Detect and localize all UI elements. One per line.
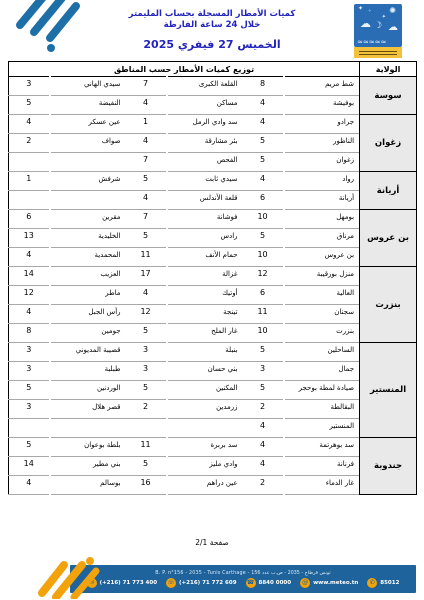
rainfall-value-cell: 11 bbox=[243, 305, 284, 324]
region-name-cell: قصر هلال bbox=[50, 400, 126, 419]
rainfall-value-cell: 5 bbox=[9, 381, 50, 400]
region-name-cell: بنبلة bbox=[167, 343, 243, 362]
rainfall-value-cell: 4 bbox=[126, 96, 167, 115]
region-name-cell: شط مريم bbox=[284, 77, 360, 96]
table-row: أريانة6قلعة الأندلس4 bbox=[9, 191, 417, 210]
governorate-group: سوسةشط مريم8القلعة الكبرى7سيدي الهاني3بو… bbox=[9, 77, 417, 115]
footer-contacts: ✉(+216) 71 773 400☏(+216) 71 772 609☎884… bbox=[70, 578, 416, 588]
region-name-cell: المحمدية bbox=[50, 248, 126, 267]
region-name-cell: سيدي الهاني bbox=[50, 77, 126, 96]
region-name-cell: القلعة الكبرى bbox=[167, 77, 243, 96]
region-name-cell: زرمدين bbox=[167, 400, 243, 419]
distribution-column-header: توزيع كميات الأمطار حسب المناطق bbox=[9, 62, 360, 77]
contact-label[interactable]: www.meteo.tn bbox=[313, 580, 358, 586]
rainfall-value-cell: 5 bbox=[9, 438, 50, 457]
rainfall-value-cell: 3 bbox=[126, 362, 167, 381]
rainfall-value-cell: 3 bbox=[126, 343, 167, 362]
rainfall-value-cell: 4 bbox=[243, 457, 284, 476]
rainfall-value-cell: 1 bbox=[9, 172, 50, 191]
contact-item: @www.meteo.tn bbox=[300, 578, 358, 588]
table-row: المنستير4 bbox=[9, 419, 417, 438]
region-name-cell: بني مطير bbox=[50, 457, 126, 476]
rainfall-value-cell: 4 bbox=[243, 438, 284, 457]
region-name-cell: غزالة bbox=[167, 267, 243, 286]
footer-bar: B. P. n°156 - 2035 - Tunis Carthage - تو… bbox=[70, 565, 416, 593]
table-row: جمال3بني حسان3طبلبة3 bbox=[9, 362, 417, 381]
rainfall-value-cell: 13 bbox=[9, 229, 50, 248]
contact-item: ☏(+216) 71 772 609 bbox=[166, 578, 236, 588]
table-row: غار الدماء2عين دراهم16بوسالم4 bbox=[9, 476, 417, 495]
table-row: فرنانة4وادي مليز5بني مطير14 bbox=[9, 457, 417, 476]
rainfall-value-cell: 5 bbox=[243, 343, 284, 362]
region-name-cell: المكنين bbox=[167, 381, 243, 400]
rainfall-value-cell: 16 bbox=[126, 476, 167, 495]
table-row: المنستيرالساحلين5بنبلة3قصيبة المديوني3 bbox=[9, 343, 417, 362]
region-name-cell: زغوان bbox=[284, 153, 360, 172]
region-name-cell: سجنان bbox=[284, 305, 360, 324]
region-name-cell: أوتيك bbox=[167, 286, 243, 305]
region-name-cell: مرناق bbox=[284, 229, 360, 248]
globe-icon: @ bbox=[300, 578, 310, 588]
rainfall-value-cell: 1 bbox=[126, 115, 167, 134]
rainfall-value-cell: 10 bbox=[243, 324, 284, 343]
governorate-cell: سوسة bbox=[360, 77, 417, 115]
region-name-cell: ماطر bbox=[50, 286, 126, 305]
region-name-cell: جرادو bbox=[284, 115, 360, 134]
table-row: بن عروس10حمام الأنف11المحمدية4 bbox=[9, 248, 417, 267]
governorate-cell: بن عروس bbox=[360, 210, 417, 267]
region-name-cell: حمام الأنف bbox=[167, 248, 243, 267]
region-name-cell: عين دراهم bbox=[167, 476, 243, 495]
rainfall-value-cell: 5 bbox=[126, 324, 167, 343]
rainfall-value-cell: 12 bbox=[243, 267, 284, 286]
region-name-cell: بوفيشة bbox=[284, 96, 360, 115]
rainfall-value-cell: 4 bbox=[126, 134, 167, 153]
region-name-cell bbox=[50, 191, 126, 210]
rainfall-value-cell: 8 bbox=[243, 77, 284, 96]
table-row: بن عروسبومهل10فوشانة7مقرين6 bbox=[9, 210, 417, 229]
governorate-group: أريانةرواد4سيدي ثابت5شرفش1أريانة6قلعة ال… bbox=[9, 172, 417, 210]
inm-meteorology-logo: ✦ ✧ ✺ ✦ ☁ ☽ ☁ ≈≈≈≈≈ bbox=[354, 4, 402, 58]
region-name-cell: رواد bbox=[284, 172, 360, 191]
rainfall-value-cell: 7 bbox=[126, 77, 167, 96]
rainfall-value-cell: 4 bbox=[243, 172, 284, 191]
rainfall-value-cell: 4 bbox=[126, 191, 167, 210]
rainfall-value-cell: 4 bbox=[9, 115, 50, 134]
region-name-cell: قلعة الأندلس bbox=[167, 191, 243, 210]
rainfall-value-cell bbox=[126, 419, 167, 438]
table-row: بنزرت10غار الملح5جومين8 bbox=[9, 324, 417, 343]
region-name-cell: منزل بورقيبة bbox=[284, 267, 360, 286]
rainfall-value-cell: 2 bbox=[9, 134, 50, 153]
region-name-cell: بني حسان bbox=[167, 362, 243, 381]
region-name-cell: مساكن bbox=[167, 96, 243, 115]
rainfall-value-cell: 17 bbox=[126, 267, 167, 286]
region-name-cell: عين عسكر bbox=[50, 115, 126, 134]
rainfall-value-cell: 3 bbox=[9, 77, 50, 96]
contact-label: 85012 bbox=[380, 580, 399, 586]
region-name-cell: فوشانة bbox=[167, 210, 243, 229]
region-name-cell: الخليدية bbox=[50, 229, 126, 248]
region-name-cell: مقرين bbox=[50, 210, 126, 229]
rainfall-value-cell: 3 bbox=[9, 362, 50, 381]
contact-item: ✆85012 bbox=[367, 578, 399, 588]
region-name-cell: بئر مشارقة bbox=[167, 134, 243, 153]
rainfall-value-cell: 4 bbox=[9, 248, 50, 267]
rainfall-value-cell: 7 bbox=[126, 153, 167, 172]
rainfall-value-cell: 3 bbox=[9, 343, 50, 362]
rainfall-value-cell: 5 bbox=[243, 134, 284, 153]
table-row: العالية6أوتيك4ماطر12 bbox=[9, 286, 417, 305]
region-name-cell: غار الملح bbox=[167, 324, 243, 343]
rainfall-value-cell: 2 bbox=[243, 400, 284, 419]
rainfall-value-cell: 5 bbox=[9, 96, 50, 115]
region-name-cell: فرنانة bbox=[284, 457, 360, 476]
region-name-cell: البقالطة bbox=[284, 400, 360, 419]
region-name-cell: بلطة بوعوان bbox=[50, 438, 126, 457]
rainfall-value-cell: 6 bbox=[243, 286, 284, 305]
region-name-cell: الناظور bbox=[284, 134, 360, 153]
rainfall-value-cell: 12 bbox=[9, 286, 50, 305]
region-name-cell: تينجة bbox=[167, 305, 243, 324]
region-name-cell: جمال bbox=[284, 362, 360, 381]
governorate-cell: زغوان bbox=[360, 115, 417, 172]
rainfall-value-cell: 5 bbox=[243, 381, 284, 400]
region-name-cell: العالية bbox=[284, 286, 360, 305]
page-number: صفحة 2/1 bbox=[0, 538, 424, 547]
governorate-column-header: الولاية bbox=[360, 62, 417, 77]
rainfall-table: الولايةتوزيع كميات الأمطار حسب المناطقسو… bbox=[8, 61, 417, 495]
rainfall-value-cell bbox=[9, 153, 50, 172]
rainfall-value-cell: 6 bbox=[9, 210, 50, 229]
region-name-cell: الوردنين bbox=[50, 381, 126, 400]
table-row: سوسةشط مريم8القلعة الكبرى7سيدي الهاني3 bbox=[9, 77, 417, 96]
governorate-group: زغوانجرادو4سد وادي الرمل1عين عسكر4الناظو… bbox=[9, 115, 417, 172]
table-row: بوفيشة4مساكن4النفيضة5 bbox=[9, 96, 417, 115]
region-name-cell: طبلبة bbox=[50, 362, 126, 381]
table-row: صيادة لمطة بوحجر5المكنين5الوردنين5 bbox=[9, 381, 417, 400]
region-name-cell: سيدي ثابت bbox=[167, 172, 243, 191]
region-name-cell bbox=[167, 419, 243, 438]
footer-address: B. P. n°156 - 2035 - Tunis Carthage - تو… bbox=[70, 571, 416, 576]
region-name-cell: بن عروس bbox=[284, 248, 360, 267]
rainfall-value-cell: 10 bbox=[243, 210, 284, 229]
rainfall-value-cell: 5 bbox=[243, 153, 284, 172]
governorate-cell: أريانة bbox=[360, 172, 417, 210]
governorate-group: جندوبةسد بوهرتمة4سد بربرة11بلطة بوعوان5ف… bbox=[9, 438, 417, 495]
region-name-cell: بوسالم bbox=[50, 476, 126, 495]
region-name-cell: بومهل bbox=[284, 210, 360, 229]
region-name-cell: بنزرت bbox=[284, 324, 360, 343]
region-name-cell: سد بوهرتمة bbox=[284, 438, 360, 457]
rainfall-value-cell: 5 bbox=[243, 229, 284, 248]
region-name-cell: صيادة لمطة بوحجر bbox=[284, 381, 360, 400]
rainfall-value-cell: 6 bbox=[243, 191, 284, 210]
table-row: جندوبةسد بوهرتمة4سد بربرة11بلطة بوعوان5 bbox=[9, 438, 417, 457]
table-row: مرناق5رادس5الخليدية13 bbox=[9, 229, 417, 248]
fax-icon: ☏ bbox=[166, 578, 176, 588]
region-name-cell bbox=[50, 419, 126, 438]
region-name-cell: صواف bbox=[50, 134, 126, 153]
rainfall-value-cell: 5 bbox=[126, 229, 167, 248]
rainfall-value-cell: 2 bbox=[126, 400, 167, 419]
table-row: سجنان11تينجة12رأس الجبل4 bbox=[9, 305, 417, 324]
contact-label: 8840 0000 bbox=[259, 580, 292, 586]
region-name-cell: النفيضة bbox=[50, 96, 126, 115]
inm-logo-text-band bbox=[354, 47, 402, 58]
region-name-cell: رأس الجبل bbox=[50, 305, 126, 324]
region-name-cell: أريانة bbox=[284, 191, 360, 210]
region-name-cell: غار الدماء bbox=[284, 476, 360, 495]
table-row: زغوانجرادو4سد وادي الرمل1عين عسكر4 bbox=[9, 115, 417, 134]
table-row: أريانةرواد4سيدي ثابت5شرفش1 bbox=[9, 172, 417, 191]
rainfall-value-cell: 5 bbox=[126, 457, 167, 476]
region-name-cell: قصيبة المديوني bbox=[50, 343, 126, 362]
rainfall-value-cell: 14 bbox=[9, 457, 50, 476]
governorate-group: المنستيرالساحلين5بنبلة3قصيبة المديوني3جم… bbox=[9, 343, 417, 438]
contact-item: ☎8840 0000 bbox=[246, 578, 292, 588]
rainfall-report-page: كميات الأمطار المسجلة بحساب المليمتر خلا… bbox=[0, 0, 424, 600]
rainfall-value-cell: 4 bbox=[243, 419, 284, 438]
rainfall-value-cell: 4 bbox=[243, 115, 284, 134]
region-name-cell: وادي مليز bbox=[167, 457, 243, 476]
rainfall-value-cell: 11 bbox=[126, 438, 167, 457]
table-row: الناظور5بئر مشارقة4صواف2 bbox=[9, 134, 417, 153]
governorate-cell: بنزرت bbox=[360, 267, 417, 343]
region-name-cell: الساحلين bbox=[284, 343, 360, 362]
region-name-cell: شرفش bbox=[50, 172, 126, 191]
governorate-cell: المنستير bbox=[360, 343, 417, 438]
rainfall-value-cell: 3 bbox=[243, 362, 284, 381]
rainfall-value-cell: 10 bbox=[243, 248, 284, 267]
rainfall-value-cell: 14 bbox=[9, 267, 50, 286]
region-name-cell: جومين bbox=[50, 324, 126, 343]
rainfall-value-cell: 7 bbox=[126, 210, 167, 229]
rainfall-value-cell bbox=[9, 419, 50, 438]
rainfall-value-cell: 8 bbox=[9, 324, 50, 343]
rainfall-value-cell bbox=[9, 191, 50, 210]
governorate-group: بن عروسبومهل10فوشانة7مقرين6مرناق5رادس5ال… bbox=[9, 210, 417, 267]
rainfall-value-cell: 12 bbox=[126, 305, 167, 324]
table-row: زغوان5الفحص7 bbox=[9, 153, 417, 172]
rainfall-value-cell: 4 bbox=[243, 96, 284, 115]
rainfall-value-cell: 4 bbox=[9, 305, 50, 324]
rainfall-value-cell: 2 bbox=[243, 476, 284, 495]
region-name-cell bbox=[50, 153, 126, 172]
rainfall-value-cell: 4 bbox=[126, 286, 167, 305]
rainfall-value-cell: 5 bbox=[126, 381, 167, 400]
region-name-cell: العزيب bbox=[50, 267, 126, 286]
region-name-cell: المنستير bbox=[284, 419, 360, 438]
rainfall-value-cell: 5 bbox=[126, 172, 167, 191]
table-row: البقالطة2زرمدين2قصر هلال3 bbox=[9, 400, 417, 419]
region-name-cell: الفحص bbox=[167, 153, 243, 172]
governorate-group: بنزرتمنزل بورقيبة12غزالة17العزيب14العالي… bbox=[9, 267, 417, 343]
sms-icon: ✆ bbox=[367, 578, 377, 588]
region-name-cell: سد وادي الرمل bbox=[167, 115, 243, 134]
region-name-cell: سد بربرة bbox=[167, 438, 243, 457]
table-row: بنزرتمنزل بورقيبة12غزالة17العزيب14 bbox=[9, 267, 417, 286]
phone-icon: ☎ bbox=[246, 578, 256, 588]
region-name-cell: رادس bbox=[167, 229, 243, 248]
rainfall-value-cell: 3 bbox=[9, 400, 50, 419]
orange-stripes-logo bbox=[34, 553, 112, 599]
inm-logo-art: ✦ ✧ ✺ ✦ ☁ ☽ ☁ ≈≈≈≈≈ bbox=[354, 4, 402, 47]
contact-label: (+216) 71 772 609 bbox=[179, 580, 236, 586]
rainfall-value-cell: 4 bbox=[9, 476, 50, 495]
rainfall-value-cell: 11 bbox=[126, 248, 167, 267]
governorate-cell: جندوبة bbox=[360, 438, 417, 495]
